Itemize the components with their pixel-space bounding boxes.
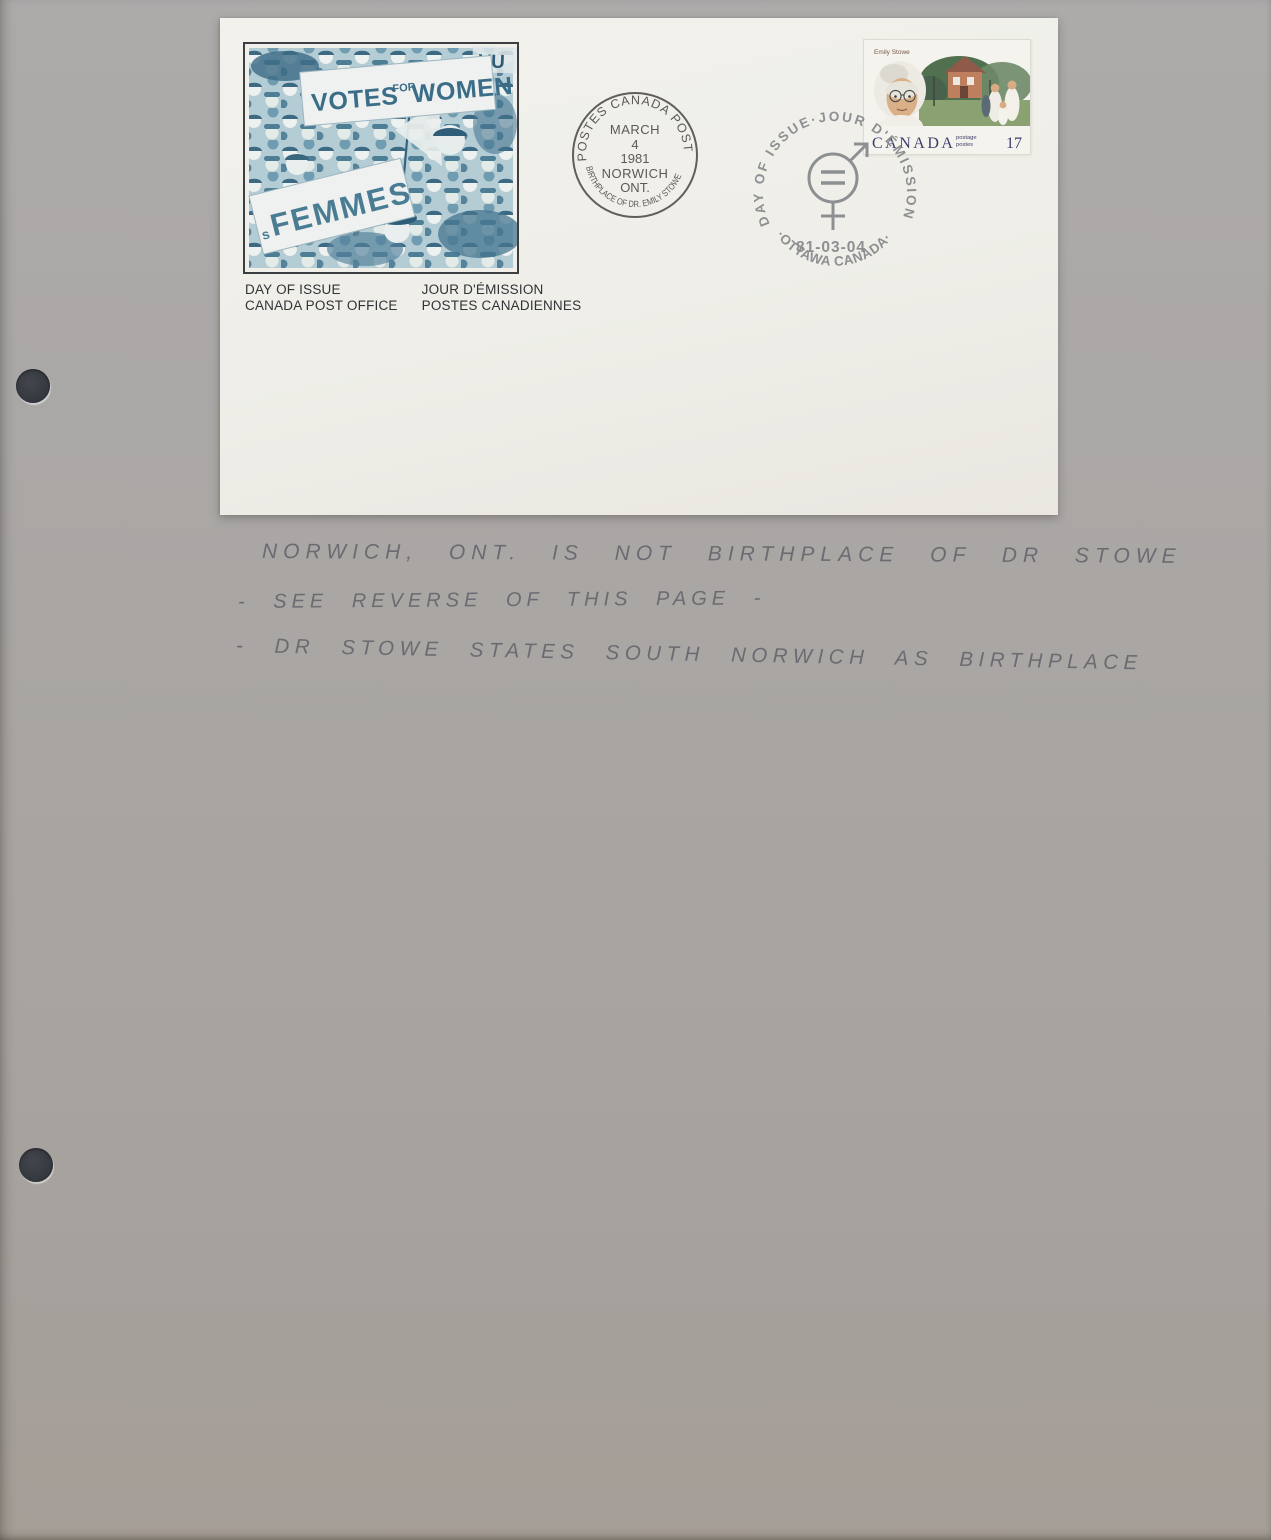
- gender-equality-icon: [809, 144, 867, 230]
- cancel-date: 81-03-04: [796, 239, 866, 256]
- postmark-year: 1981: [621, 151, 650, 166]
- svg-text:DAY OF ISSUE·JOUR D'ÉMISSION: DAY OF ISSUE·JOUR D'ÉMISSION: [751, 109, 919, 229]
- stamp-postage-en: postage: [956, 135, 977, 141]
- postmark-month: MARCH: [610, 122, 660, 137]
- cachet-caption: DAY OF ISSUE CANADA POST OFFICE JOUR D'É…: [245, 282, 581, 313]
- handwritten-note-line3: - DR STOWE STATES SOUTH NORWICH AS BIRTH…: [236, 634, 1143, 675]
- handwritten-note-line1: NORWICH, ONT. IS NOT BIRTHPLACE OF DR ST…: [262, 540, 1182, 569]
- album-page-photo: VU VOTES FOR WOMEN s FEMMES: [0, 0, 1271, 1540]
- caption-day-of-issue: DAY OF ISSUE: [245, 282, 398, 298]
- suffrage-crowd-illustration: VU VOTES FOR WOMEN s FEMMES: [245, 44, 517, 272]
- stamp-postage-fr: postes: [956, 142, 973, 148]
- cancel-arc-top: DAY OF ISSUE·JOUR D'ÉMISSION: [751, 109, 919, 229]
- postmark-province: ONT.: [620, 180, 650, 195]
- stamp-subject-label: Emily Stowe: [874, 49, 910, 56]
- handwritten-note-line2: - SEE REVERSE OF THIS PAGE -: [238, 587, 765, 614]
- cachet-artwork: VU VOTES FOR WOMEN s FEMMES: [243, 42, 519, 274]
- punch-hole-icon: [16, 369, 50, 403]
- postmark-day: 4: [631, 137, 638, 152]
- caption-canada-post-office: CANADA POST OFFICE: [245, 298, 398, 314]
- first-day-cover-envelope: VU VOTES FOR WOMEN s FEMMES: [220, 18, 1058, 515]
- postmark-town: NORWICH: [602, 166, 669, 181]
- stamp-denomination: 17: [1006, 135, 1022, 152]
- caption-jour-demission: JOUR D'ÉMISSION: [422, 282, 582, 298]
- caption-postes-canadiennes: POSTES CANADIENNES: [422, 298, 582, 314]
- punch-hole-icon: [19, 1148, 53, 1182]
- norwich-postmark: POSTES CANADA POST BIRTHPLACE OF DR. EMI…: [568, 88, 702, 222]
- ottawa-day-of-issue-cancel: DAY OF ISSUE·JOUR D'ÉMISSION ·OTTAWA CAN…: [745, 104, 925, 284]
